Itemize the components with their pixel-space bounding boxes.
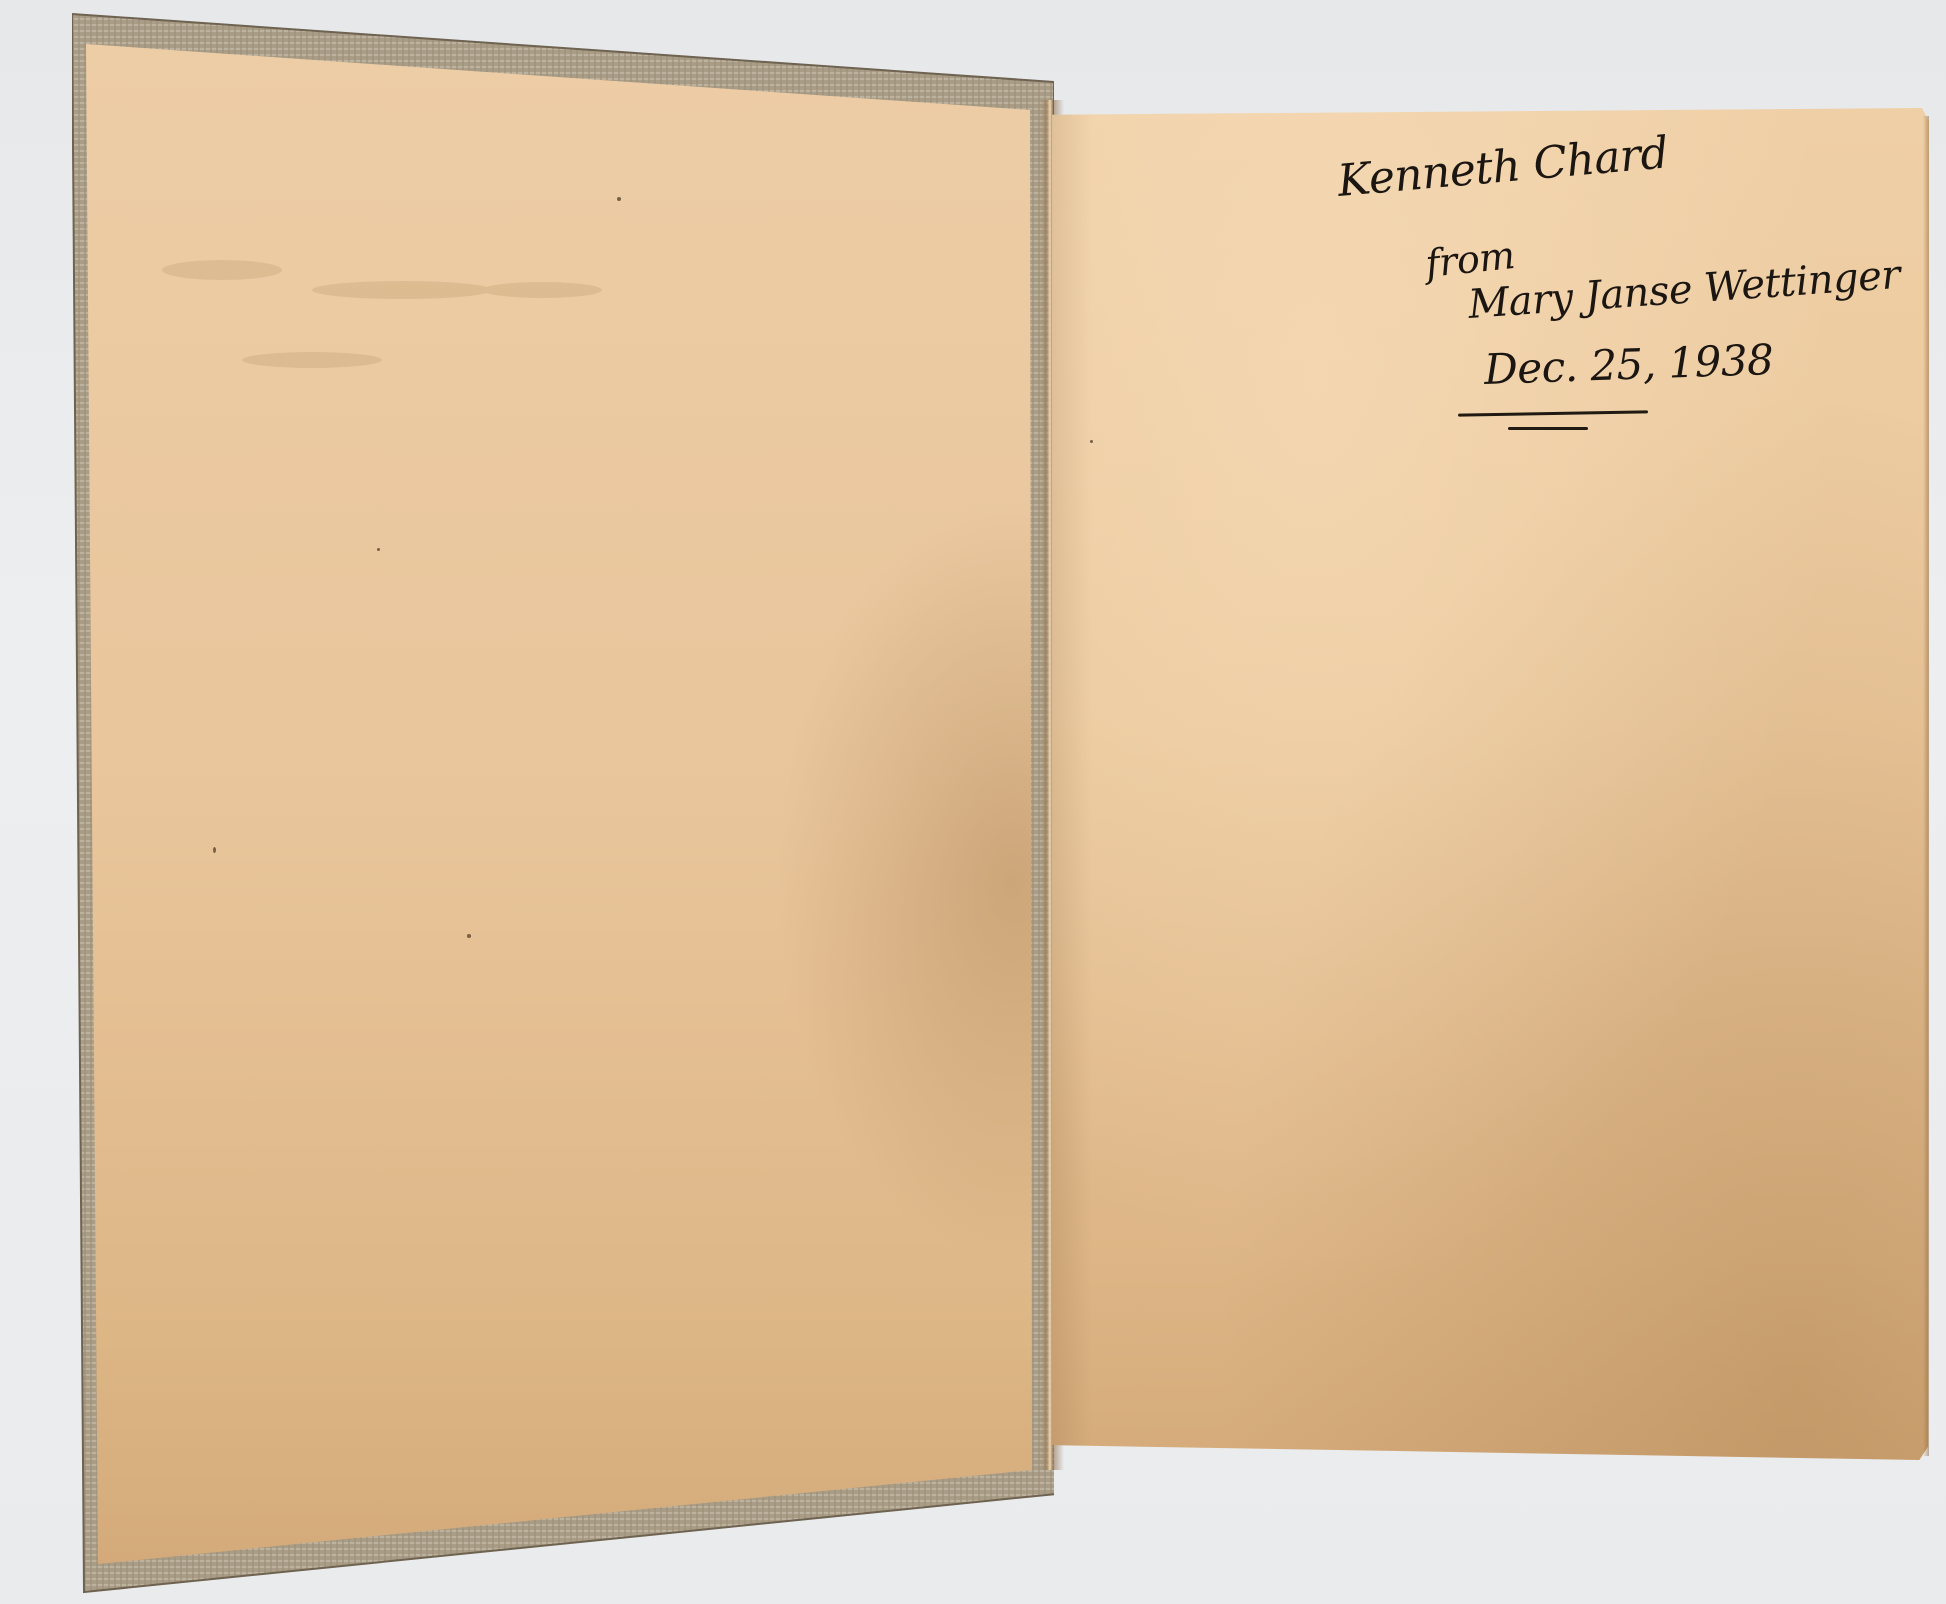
paper-speck bbox=[1090, 440, 1093, 443]
paper-speck bbox=[467, 934, 471, 938]
cloth-board-shape bbox=[72, 0, 1054, 1604]
date-underline bbox=[1458, 410, 1648, 416]
page-fore-edge bbox=[1923, 116, 1929, 1456]
paper-speck bbox=[377, 548, 380, 551]
paper-speck bbox=[617, 197, 621, 201]
inscription-giver: Mary Janse Wettinger bbox=[1467, 252, 1902, 328]
inscription-from: from bbox=[1423, 233, 1516, 286]
paper-speck bbox=[213, 847, 216, 853]
front-board bbox=[72, 0, 1054, 1604]
handwritten-inscription: Kenneth Chard from Mary Janse Wettinger … bbox=[1320, 150, 1920, 450]
date-underline-short bbox=[1508, 427, 1588, 430]
inscription-date: Dec. 25, 1938 bbox=[1483, 335, 1774, 394]
